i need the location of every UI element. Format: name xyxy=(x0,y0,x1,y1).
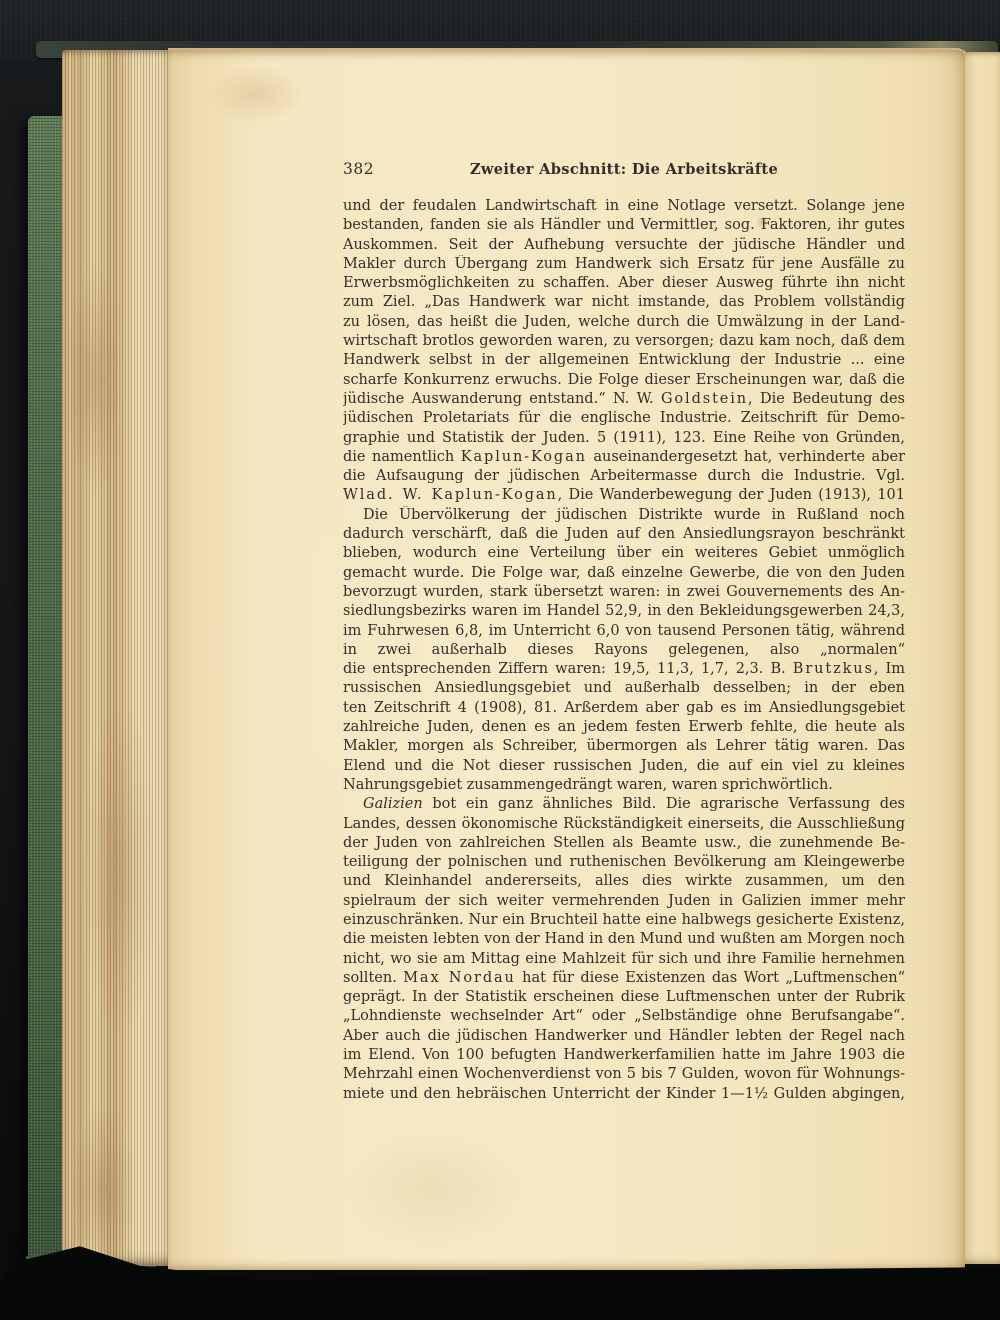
text-line: zum Ziel. „Das Handwerk war nicht imstan… xyxy=(343,293,905,312)
text-segment: einzuschränken. Nur ein Bruchteil hatte … xyxy=(343,912,905,928)
text-line: wirtschaft brotlos geworden waren, zu ve… xyxy=(343,332,905,351)
text-segment: dadurch verschärft, daß die Juden auf de… xyxy=(343,526,905,542)
page-text-block: 382 Zweiter Abschnitt: Die Arbeitskräfte… xyxy=(343,160,905,1104)
text-segment: Makler durch Übergang zum Handwerk sich … xyxy=(343,256,905,272)
text-segment: Aber auch die jüdischen Handwerker und H… xyxy=(343,1028,905,1044)
text-segment: die Aufsaugung der jüdischen Arbeitermas… xyxy=(343,468,905,484)
text-line: die namentlich Kaplun-Kogan auseinanderg… xyxy=(343,448,905,467)
text-segment: , Die Bedeutung des xyxy=(748,391,905,407)
text-line: Aber auch die jüdischen Handwerker und H… xyxy=(343,1027,905,1046)
text-segment: graphie und Statistik der Juden. 5 (1911… xyxy=(343,430,905,446)
text-line: einzuschränken. Nur ein Bruchteil hatte … xyxy=(343,911,905,930)
text-line: „Lohndienste wechselnder Art“ oder „Selb… xyxy=(343,1007,905,1026)
italic-text: Galizien xyxy=(363,796,423,812)
text-line: ten Zeitschrift 4 (1908), 81. Arßerdem a… xyxy=(343,699,905,718)
text-line: spielraum der sich weiter vermehrenden J… xyxy=(343,892,905,911)
text-segment: spielraum der sich weiter vermehrenden J… xyxy=(343,893,905,909)
text-segment: Mehrzahl einen Wochenverdienst von 5 bis… xyxy=(343,1066,905,1082)
spaced-name-text: Wlad. W. Kaplun-Kogan xyxy=(343,487,558,503)
text-segment: miete und den hebräischen Unterricht der… xyxy=(343,1086,905,1102)
text-line: der Juden von zahlreichen Stellen als Be… xyxy=(343,834,905,853)
text-segment: jüdischen Proletariats für die englische… xyxy=(343,410,905,426)
text-line: miete und den hebräischen Unterricht der… xyxy=(343,1085,905,1104)
text-line: die meisten lebten von der Hand in den M… xyxy=(343,930,905,949)
text-segment: bevorzugt wurden, stark übersetzt waren:… xyxy=(343,584,905,600)
text-line: in zwei außerhalb dieses Rayons gelegene… xyxy=(343,641,905,660)
text-segment: wirtschaft brotlos geworden waren, zu ve… xyxy=(343,333,905,349)
text-line: Die Übervölkerung der jüdischen Distrikt… xyxy=(343,506,905,525)
text-segment: bot ein ganz ähnliches Bild. Die agraris… xyxy=(423,796,905,812)
text-line: Auskommen. Seit der Aufhebung versuchte … xyxy=(343,236,905,255)
text-line: zahlreiche Juden, denen es an jedem fest… xyxy=(343,718,905,737)
text-segment: , Im xyxy=(874,661,905,677)
text-line: Mehrzahl einen Wochenverdienst von 5 bis… xyxy=(343,1065,905,1084)
text-segment: scharfe Konkurrenz erwuchs. Die Folge di… xyxy=(343,372,905,388)
text-segment: zahlreiche Juden, denen es an jedem fest… xyxy=(343,719,905,735)
text-line: im Elend. Von 100 befugten Handwerkerfam… xyxy=(343,1046,905,1065)
text-segment: hat für diese Existenzen das Wort „Luftm… xyxy=(516,970,905,986)
text-segment: die meisten lebten von der Hand in den M… xyxy=(343,931,905,947)
text-segment: Landes, dessen ökonomische Rückständigke… xyxy=(343,816,905,832)
text-line: Elend und die Not dieser russischen Jude… xyxy=(343,757,905,776)
text-line: blieben, wodurch eine Verteilung über ei… xyxy=(343,544,905,563)
text-segment: bestanden, fanden sie als Händler und Ve… xyxy=(343,217,905,233)
text-segment: zum Ziel. „Das Handwerk war nicht imstan… xyxy=(343,294,905,310)
text-line: jüdische Auswanderung entstand.“ N. W. G… xyxy=(343,390,905,409)
text-line: Galizien bot ein ganz ähnliches Bild. Di… xyxy=(343,795,905,814)
text-segment: im Fuhrwesen 6,8, im Unterricht 6,0 von … xyxy=(343,623,905,639)
text-line: und der feudalen Landwirtschaft in eine … xyxy=(343,197,905,216)
text-line: Handwerk selbst in der allgemeinen Entwi… xyxy=(343,351,905,370)
text-segment: „Lohndienste wechselnder Art“ oder „Selb… xyxy=(343,1008,905,1024)
text-line: dadurch verschärft, daß die Juden auf de… xyxy=(343,525,905,544)
text-line: sollten. Max Nordau hat für diese Existe… xyxy=(343,969,905,988)
text-segment: russischen Ansiedlungsgebiet und außerha… xyxy=(343,680,905,698)
spaced-name-text: Brutzkus xyxy=(793,661,874,677)
text-line: Landes, dessen ökonomische Rückständigke… xyxy=(343,815,905,834)
text-segment: Erwerbsmöglichkeiten zu schaffen. Aber d… xyxy=(343,275,905,291)
text-segment: jüdische Auswanderung entstand.“ N. W. xyxy=(343,391,661,407)
spaced-name-text: Max Nordau xyxy=(403,970,516,986)
text-line: gemacht wurde. Die Folge war, daß einzel… xyxy=(343,564,905,583)
text-line: die Aufsaugung der jüdischen Arbeitermas… xyxy=(343,467,905,486)
text-line: nicht, wo sie am Mittag eine Mahlzeit fü… xyxy=(343,950,905,969)
text-segment: Handwerk selbst in der allgemeinen Entwi… xyxy=(343,352,905,368)
text-segment: zu lösen, das heißt die Juden, welche du… xyxy=(343,314,905,330)
text-segment: Auskommen. Seit der Aufhebung versuchte … xyxy=(343,237,905,253)
text-line: bestanden, fanden sie als Händler und Ve… xyxy=(343,216,905,235)
text-segment: der Juden von zahlreichen Stellen als Be… xyxy=(343,835,905,851)
text-segment: auseinandergesetzt hat, verhinderte aber xyxy=(587,449,905,465)
text-segment: Nahrungsgebiet zusammengedrängt waren, w… xyxy=(343,777,833,793)
text-segment: und der feudalen Landwirtschaft in eine … xyxy=(343,198,905,214)
text-segment: die entsprechenden Ziffern waren: 19,5, … xyxy=(343,661,793,677)
text-segment: geprägt. In der Statistik erscheinen die… xyxy=(343,989,905,1005)
book-photo: 382 Zweiter Abschnitt: Die Arbeitskräfte… xyxy=(0,0,1000,1320)
text-line: graphie und Statistik der Juden. 5 (1911… xyxy=(343,429,905,448)
text-segment: gemacht wurde. Die Folge war, daß einzel… xyxy=(343,565,905,581)
text-line: die entsprechenden Ziffern waren: 19,5, … xyxy=(343,660,905,679)
text-segment: die namentlich xyxy=(343,449,461,465)
text-segment: und Kleinhandel andererseits, alles dies… xyxy=(343,873,905,891)
spaced-name-text: Goldstein xyxy=(661,391,748,407)
spaced-name-text: Kaplun-Kogan xyxy=(461,449,587,465)
text-line: russischen Ansiedlungsgebiet und außerha… xyxy=(343,679,905,698)
text-line: und Kleinhandel andererseits, alles dies… xyxy=(343,872,905,891)
text-segment: nicht, wo sie am Mittag eine Mahlzeit fü… xyxy=(343,951,905,967)
text-line: im Fuhrwesen 6,8, im Unterricht 6,0 von … xyxy=(343,622,905,641)
text-line: zu lösen, das heißt die Juden, welche du… xyxy=(343,313,905,332)
facing-page-edge xyxy=(963,52,1000,1264)
text-line: teiligung der polnischen und ruthenische… xyxy=(343,853,905,872)
text-line: Makler durch Übergang zum Handwerk sich … xyxy=(343,255,905,274)
text-line: Nahrungsgebiet zusammengedrängt waren, w… xyxy=(343,776,905,795)
text-segment: Makler, morgen als Schreiber, übermorgen… xyxy=(343,738,905,754)
page-header: 382 Zweiter Abschnitt: Die Arbeitskräfte xyxy=(343,160,905,182)
text-line: bevorzugt wurden, stark übersetzt waren:… xyxy=(343,583,905,602)
text-segment: im Elend. Von 100 befugten Handwerkerfam… xyxy=(343,1047,905,1063)
text-segment: Die Übervölkerung der jüdischen Distrikt… xyxy=(363,507,905,523)
page-edges-stack xyxy=(62,50,170,1266)
text-line: Wlad. W. Kaplun-Kogan, Die Wanderbewegun… xyxy=(343,486,905,505)
text-segment: siedlungsbezirks waren im Handel 52,9, i… xyxy=(343,603,905,619)
text-line: Erwerbsmöglichkeiten zu schaffen. Aber d… xyxy=(343,274,905,293)
page-text: und der feudalen Landwirtschaft in eine … xyxy=(343,197,905,1104)
text-segment: in zwei außerhalb dieses Rayons gelegene… xyxy=(343,642,905,660)
text-line: scharfe Konkurrenz erwuchs. Die Folge di… xyxy=(343,371,905,390)
text-segment: sollten. xyxy=(343,970,403,986)
text-segment: Elend und die Not dieser russischen Jude… xyxy=(343,758,905,774)
text-line: Makler, morgen als Schreiber, übermorgen… xyxy=(343,737,905,756)
text-segment: ten Zeitschrift 4 (1908), 81. Arßerdem a… xyxy=(343,700,905,716)
running-head: Zweiter Abschnitt: Die Arbeitskräfte xyxy=(343,161,905,178)
book-page: 382 Zweiter Abschnitt: Die Arbeitskräfte… xyxy=(168,48,965,1270)
text-segment: blieben, wodurch eine Verteilung über ei… xyxy=(343,545,905,561)
text-segment: teiligung der polnischen und ruthenische… xyxy=(343,854,905,870)
text-line: siedlungsbezirks waren im Handel 52,9, i… xyxy=(343,602,905,621)
text-line: geprägt. In der Statistik erscheinen die… xyxy=(343,988,905,1007)
text-line: jüdischen Proletariats für die englische… xyxy=(343,409,905,428)
